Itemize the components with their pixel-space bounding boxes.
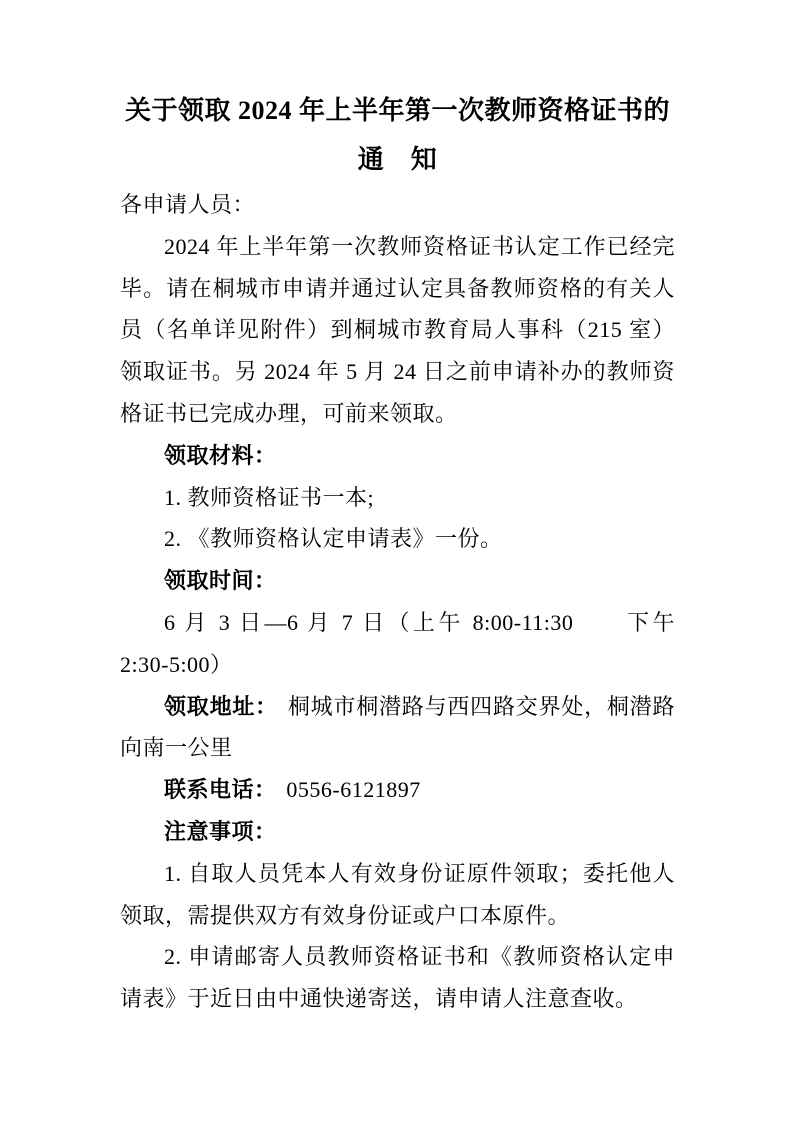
intro-paragraph: 2024 年上半年第一次教师资格证书认定工作已经完毕。请在桐城市申请并通过认定具… — [120, 226, 675, 435]
document-title-line2: 通 知 — [120, 135, 675, 184]
document-body: 各申请人员： 2024 年上半年第一次教师资格证书认定工作已经完毕。请在桐城市申… — [120, 184, 675, 1020]
materials-heading: 领取材料： — [120, 435, 675, 477]
phone-heading: 联系电话： — [164, 777, 277, 802]
phone-number: 0556-6121897 — [286, 777, 420, 802]
notes-item-2: 2. 申请邮寄人员教师资格证书和《教师资格认定申请表》于近日由中通快递寄送，请申… — [120, 936, 675, 1020]
phone-line: 联系电话：0556-6121897 — [120, 769, 675, 811]
document-title-line1: 关于领取 2024 年上半年第一次教师资格证书的 — [120, 86, 675, 135]
time-text: 6 月 3 日—6 月 7 日（上午 8:00-11:30 下午 2:30-5:… — [120, 602, 675, 686]
notes-heading: 注意事项： — [120, 811, 675, 853]
address-line: 领取地址：桐城市桐潜路与西四路交界处，桐潜路向南一公里 — [120, 686, 675, 770]
notes-item-1: 1. 自取人员凭本人有效身份证原件领取；委托他人领取，需提供双方有效身份证或户口… — [120, 853, 675, 937]
materials-item-2: 2. 《教师资格认定申请表》一份。 — [120, 518, 675, 560]
salutation: 各申请人员： — [120, 184, 675, 226]
address-heading: 领取地址： — [164, 694, 278, 719]
materials-item-1: 1. 教师资格证书一本; — [120, 477, 675, 519]
document-page: 关于领取 2024 年上半年第一次教师资格证书的 通 知 各申请人员： 2024… — [0, 0, 793, 1122]
time-heading: 领取时间： — [120, 560, 675, 602]
